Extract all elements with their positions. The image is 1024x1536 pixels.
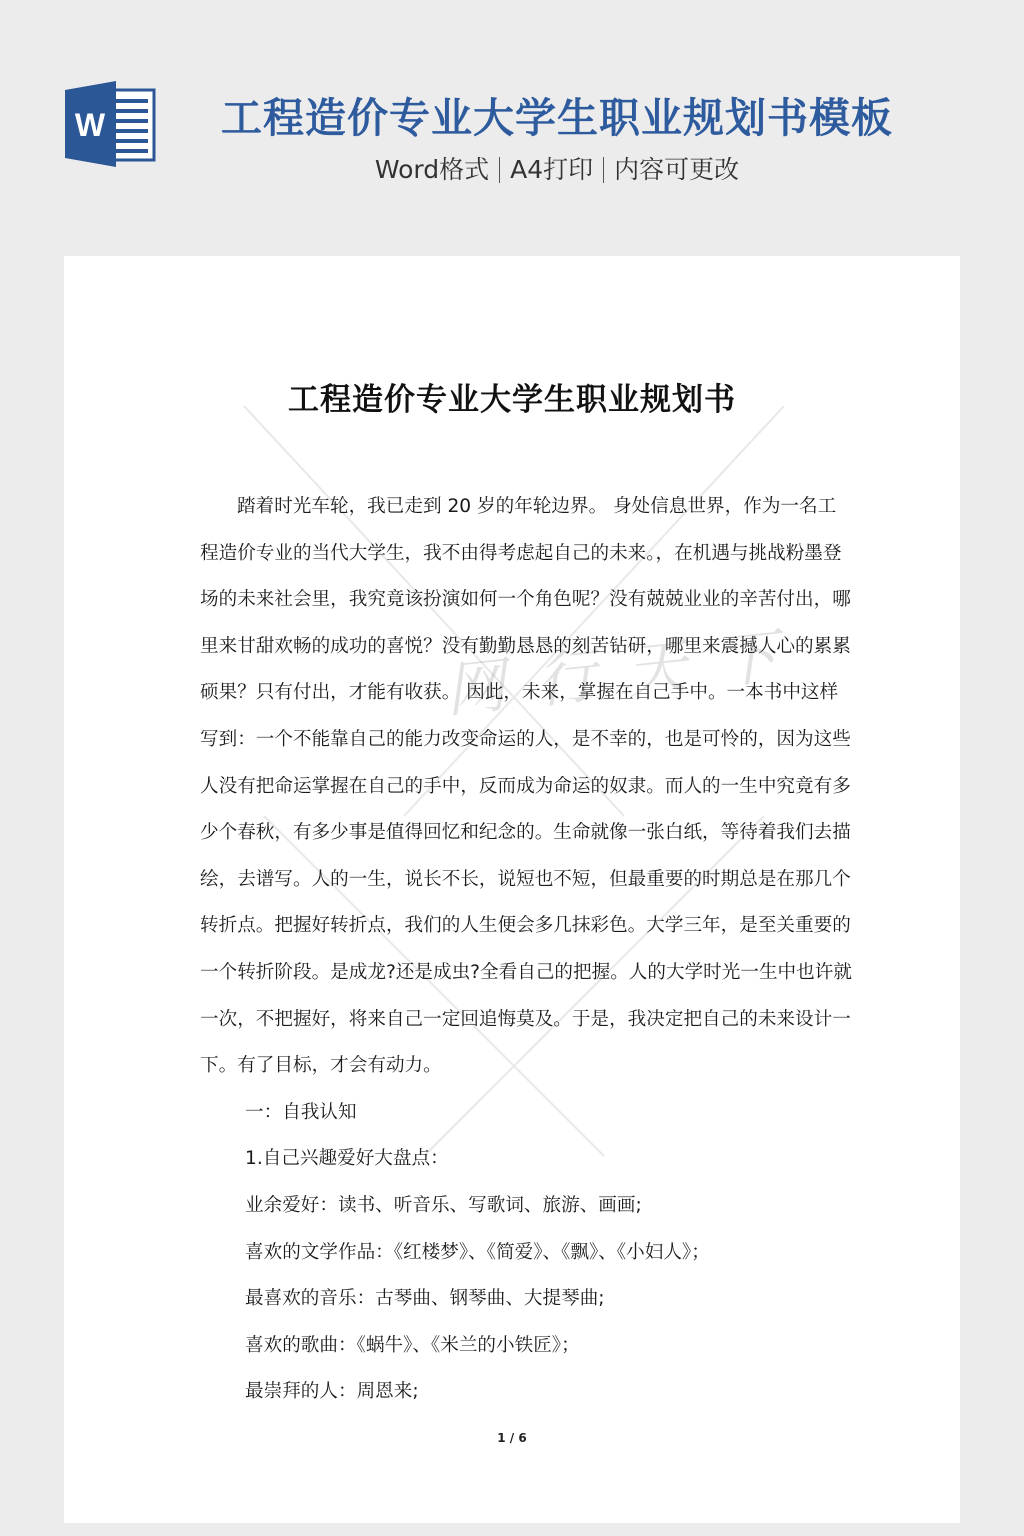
paragraph-line: 硕果？只有付出，才能有收获。 因此，未来，掌握在自己手中。一本书中这样 xyxy=(200,670,828,717)
paragraph-line: 人没有把命运掌握在自己的手中，反而成为命运的奴隶。而人的一生中究竟有多 xyxy=(200,764,828,811)
subtitle-divider xyxy=(499,157,500,183)
document-body: 踏着时光车轮，我已走到 20 岁的年轮边界。 身处信息世界，作为一名工 程造价专… xyxy=(200,484,828,1416)
list-item: 最喜欢的音乐：古琴曲、钢琴曲、大提琴曲; xyxy=(200,1276,828,1323)
word-document-icon: W xyxy=(64,80,158,168)
subtitle-divider xyxy=(603,157,604,183)
paragraph-line: 场的未来社会里，我究竟该扮演如何一个角色呢？没有兢兢业业的辛苦付出，哪 xyxy=(200,577,828,624)
subsection-heading: 1.自己兴趣爱好大盘点： xyxy=(200,1136,828,1183)
list-item: 业余爱好：读书、听音乐、写歌词、旅游、画画; xyxy=(200,1183,828,1230)
list-item: 最崇拜的人：周恩来; xyxy=(200,1369,828,1416)
banner-subtitle: Word格式A4打印内容可更改 xyxy=(200,152,914,188)
subtitle-editable: 内容可更改 xyxy=(614,155,739,184)
paragraph-line: 绘，去谱写。人的一生，说长不长，说短也不短，但最重要的时期总是在那几个 xyxy=(200,857,828,904)
paragraph-line: 里来甘甜欢畅的成功的喜悦？没有勤勤恳恳的刻苦钻研，哪里来震撼人心的累累 xyxy=(200,624,828,671)
svg-text:W: W xyxy=(75,107,106,143)
paragraph-line: 写到：一个不能靠自己的能力改变命运的人，是不幸的，也是可怜的，因为这些 xyxy=(200,717,828,764)
paragraph-line: 一个转折阶段。是成龙?还是成虫?全看自己的把握。人的大学时光一生中也许就 xyxy=(200,950,828,997)
document-title: 工程造价专业大学生职业规划书 xyxy=(64,378,960,422)
subtitle-print: A4打印 xyxy=(510,155,593,184)
list-item: 喜欢的歌曲：《蜗牛》、《米兰的小铁匠》； xyxy=(200,1323,828,1370)
template-banner: W 工程造价专业大学生职业规划书模板 Word格式A4打印内容可更改 xyxy=(0,0,1024,256)
paragraph-line: 一次，不把握好，将来自己一定回追悔莫及。于是，我决定把自己的未来设计一 xyxy=(200,997,828,1044)
paragraph-line: 转折点。把握好转折点，我们的人生便会多几抹彩色。大学三年，是至关重要的 xyxy=(200,903,828,950)
paragraph-line: 踏着时光车轮，我已走到 20 岁的年轮边界。 身处信息世界，作为一名工 xyxy=(200,484,828,531)
subtitle-format: Word格式 xyxy=(375,155,489,184)
section-heading: 一：自我认知 xyxy=(200,1090,828,1137)
paragraph-line: 少个春秋，有多少事是值得回忆和纪念的。生命就像一张白纸，等待着我们去描 xyxy=(200,810,828,857)
document-page: 网 行 天 下 工程造价专业大学生职业规划书 踏着时光车轮，我已走到 20 岁的… xyxy=(64,256,960,1523)
banner-title: 工程造价专业大学生职业规划书模板 xyxy=(200,92,914,144)
page-number: 1 / 6 xyxy=(64,1431,960,1445)
paragraph-line: 下。有了目标，才会有动力。 xyxy=(200,1043,828,1090)
list-item: 喜欢的文学作品：《红楼梦》、《简爱》、《飘》、《小妇人》； xyxy=(200,1230,828,1277)
paragraph-line: 程造价专业的当代大学生，我不由得考虑起自己的未来。，在机遇与挑战粉墨登 xyxy=(200,531,828,578)
